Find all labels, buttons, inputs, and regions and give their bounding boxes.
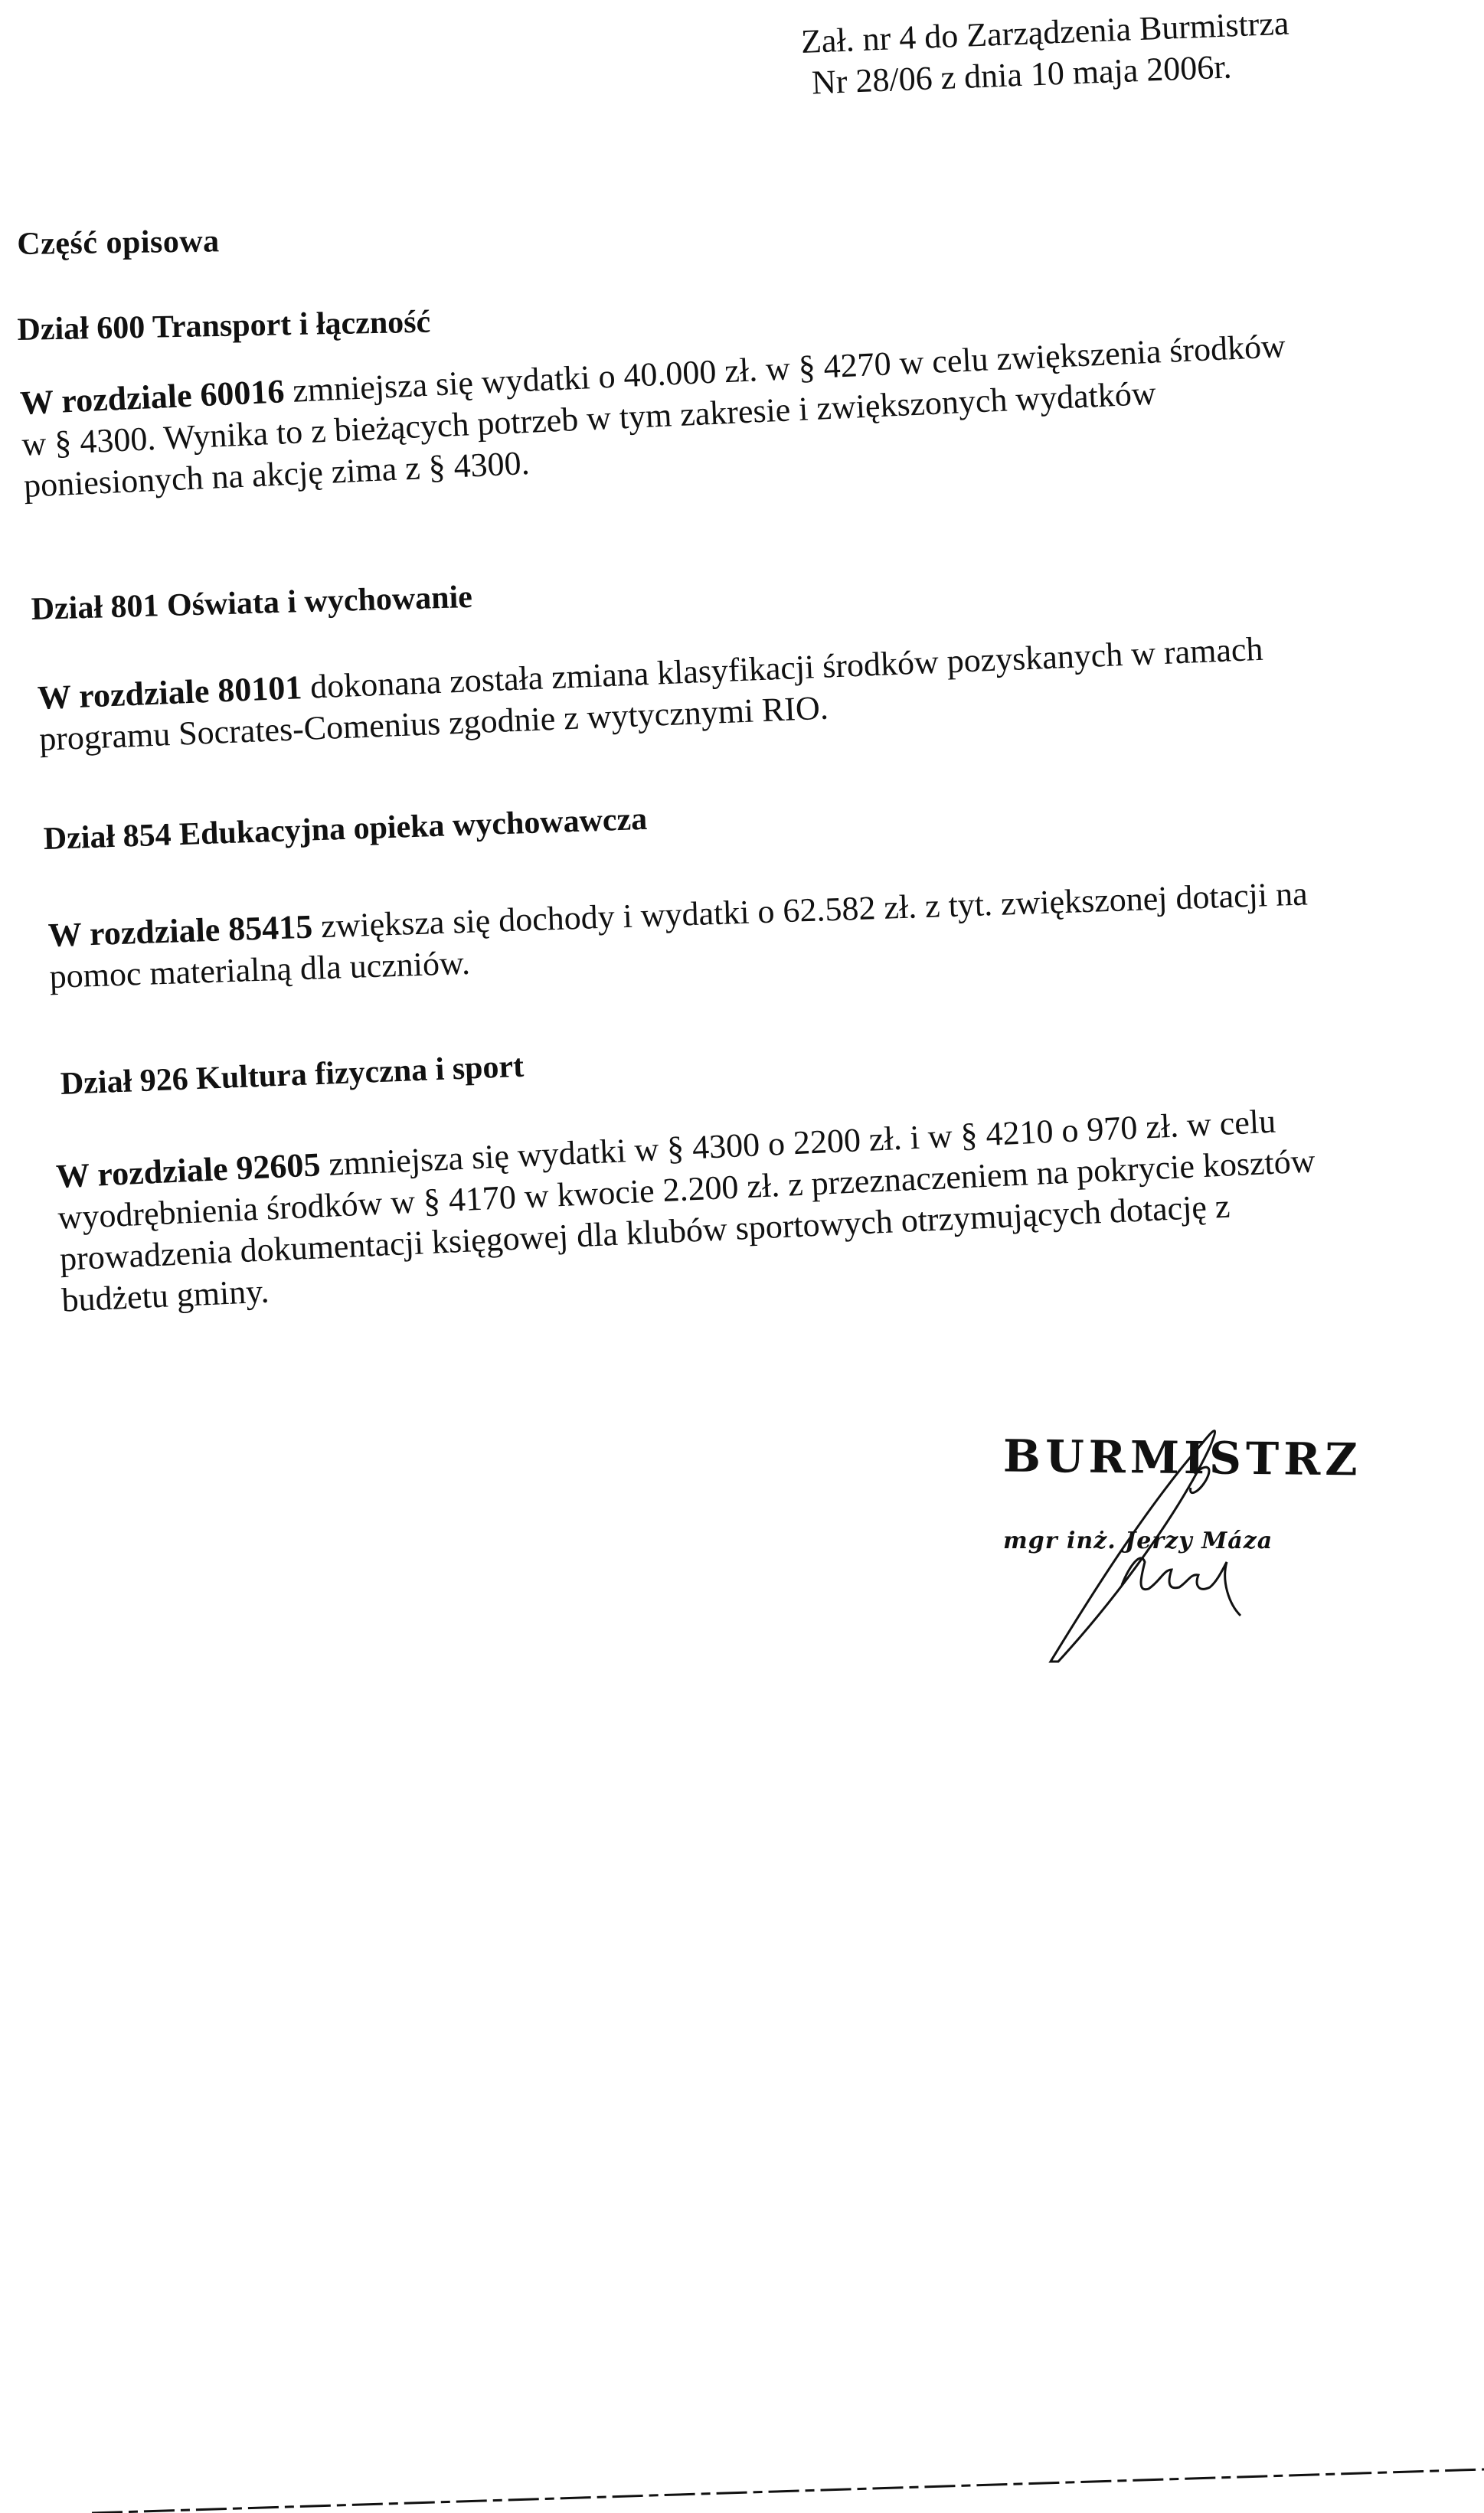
section-heading-600: Dział 600 Transport i łączność: [17, 302, 431, 350]
stamp-title: BURMISTRZ: [1003, 1430, 1362, 1486]
attachment-header: Zał. nr 4 do Zarządzenia Burmistrza Nr 2…: [800, 3, 1291, 104]
stamp-name: mgr inż. Jerzy Máza: [1003, 1528, 1273, 1554]
document-page: Zał. nr 4 do Zarządzenia Burmistrza Nr 2…: [0, 0, 1484, 2513]
mayor-stamp: BURMISTRZ mgr inż. Jerzy Máza: [995, 1420, 1394, 1650]
section-heading-926: Dział 926 Kultura fizyczna i sport: [60, 1047, 525, 1104]
section-paragraph-926: W rozdziale 92605 zmniejsza się wydatki …: [55, 1099, 1319, 1321]
section-heading-801: Dział 801 Oświata i wychowanie: [31, 577, 473, 629]
section-heading-854: Dział 854 Edukacyjna opieka wychowawcza: [43, 799, 648, 859]
section-paragraph-854: W rozdziale 85415 zwiększa się dochody i…: [47, 873, 1309, 997]
section-paragraph-600: W rozdziale 60016 zmniejsza się wydatki …: [19, 325, 1290, 507]
section-title: Część opisowa: [17, 223, 220, 263]
section-paragraph-801: W rozdziale 80101 dokonana została zmian…: [37, 629, 1266, 760]
chapter-label: W rozdziale 85415: [47, 908, 313, 954]
